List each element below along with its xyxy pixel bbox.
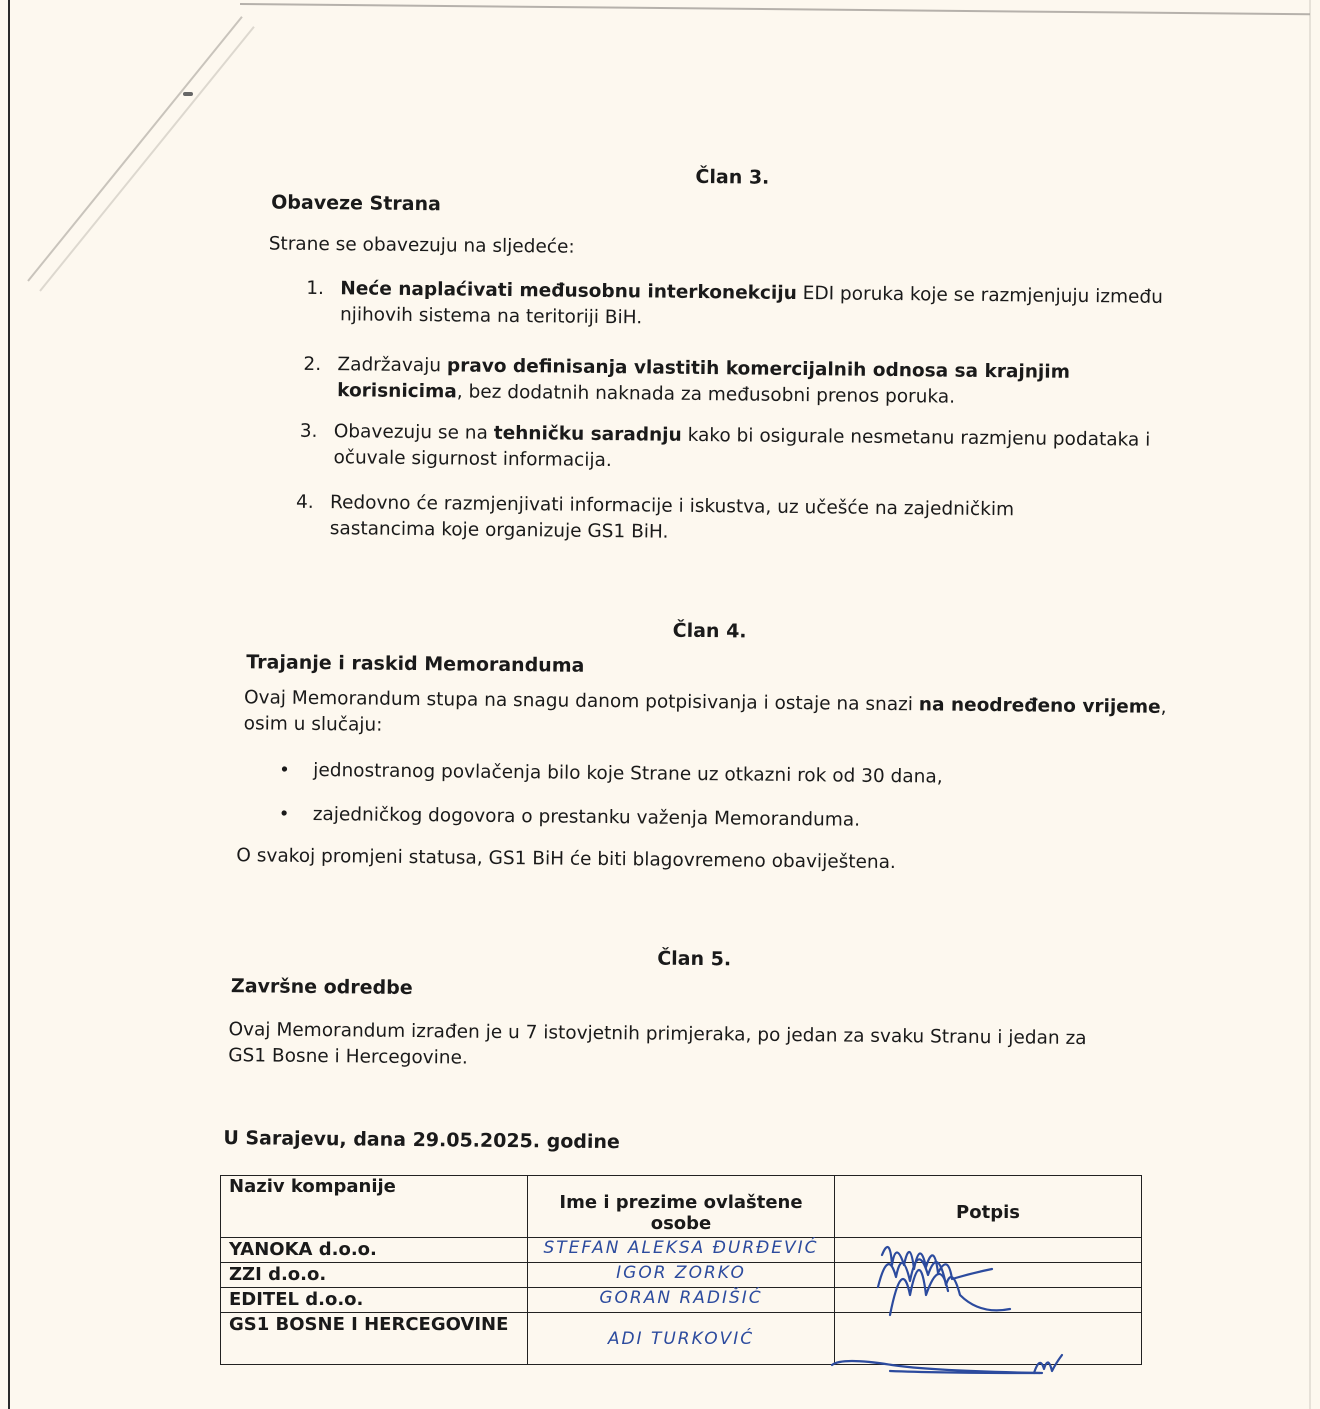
authorized-person: GORAN RADIŠIĆ (528, 1288, 835, 1313)
article-4-title: Član 4. (673, 620, 747, 643)
obligation-item-3: 3. Obavezuju se na tehničku saradnju kak… (333, 419, 1153, 480)
article-5-title: Član 5. (657, 948, 731, 971)
article-3-title: Član 3. (695, 166, 769, 189)
article-4-heading: Trajanje i raskid Memoranduma (246, 651, 584, 677)
authorized-person: ADI TURKOVIĆ (528, 1313, 835, 1365)
bullet-icon: • (279, 802, 290, 828)
obligation-item-2: 2. Zadržavaju pravo definisanja vlastiti… (337, 352, 1167, 413)
handwritten-signatures-icon (830, 1215, 1090, 1395)
company-name: ZZI d.o.o. (221, 1263, 528, 1288)
termination-bullet-2: • zajedničkog dogovora o prestanku važen… (313, 802, 861, 834)
obligation-item-1: 1. Neće naplaćivati međusobnu interkonek… (340, 276, 1190, 337)
company-name: EDITEL d.o.o. (221, 1288, 528, 1313)
company-name: GS1 BOSNE I HERCEGOVINE (221, 1313, 528, 1365)
termination-bullet-1: • jednostranog povlačenja bilo koje Stra… (313, 758, 943, 791)
company-name: YANOKA d.o.o. (221, 1238, 528, 1263)
authorized-person: STEFAN ALEKSA ĐURĐEVIĆ (528, 1238, 835, 1263)
header-company: Naziv kompanije (221, 1176, 528, 1238)
place-and-date: U Sarajevu, dana 29.05.2025. godine (223, 1127, 620, 1153)
obligation-item-4: 4. Redovno će razmjenjivati informacije … (330, 490, 1121, 550)
article-3-heading: Obaveze Strana (271, 191, 441, 215)
article-4-closing: O svakoj promjeni statusa, GS1 BiH će bi… (236, 843, 896, 876)
article-3-intro: Strane se obavezuju na sljedeće: (269, 231, 575, 260)
authorized-person: IGOR ZORKO (528, 1263, 835, 1288)
bullet-icon: • (279, 758, 290, 784)
article-5-text: Ovaj Memorandum izrađen je u 7 istovjetn… (228, 1017, 1108, 1078)
article-4-intro: Ovaj Memorandum stupa na snagu danom pot… (244, 685, 1184, 747)
article-5-heading: Završne odredbe (231, 975, 413, 999)
header-person: Ime i prezime ovlaštene osobe (528, 1176, 835, 1238)
